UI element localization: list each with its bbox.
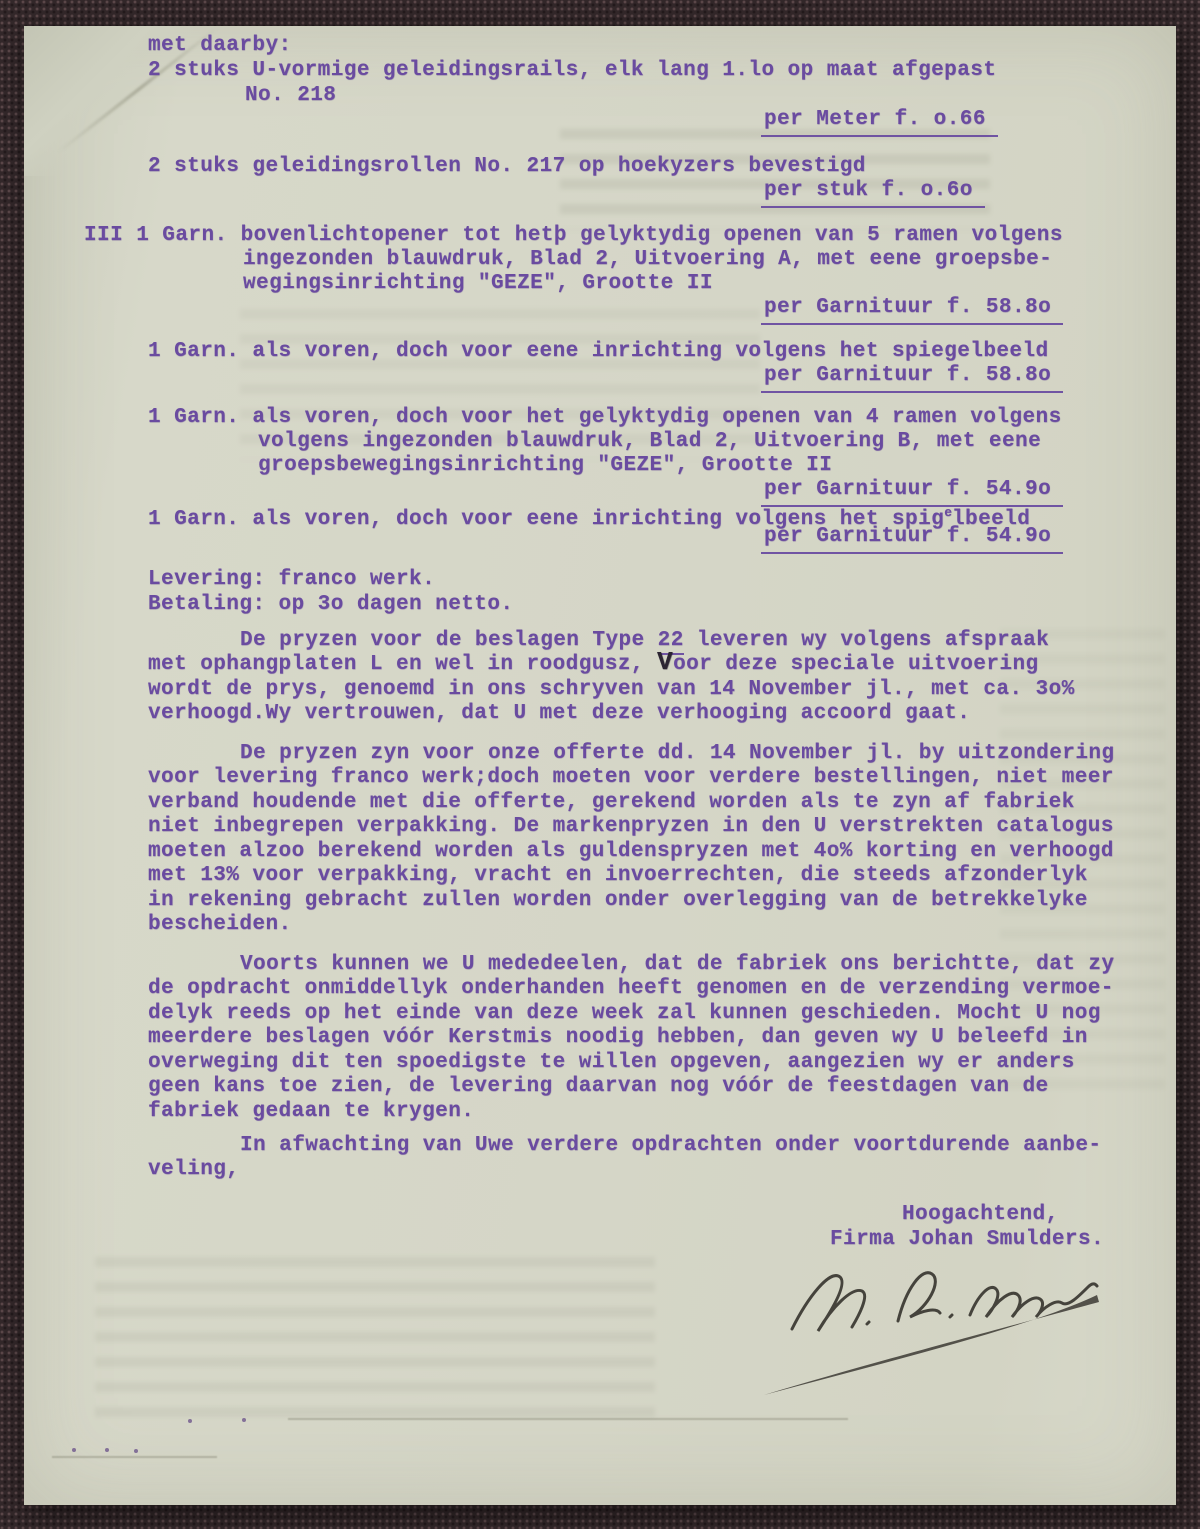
typed-line: No. 218 xyxy=(245,83,336,108)
typed-line: meerdere beslagen vóór Kerstmis noodig h… xyxy=(148,1025,1088,1050)
ink-speck xyxy=(242,1418,246,1422)
typed-line: voor levering franco werk;doch moeten vo… xyxy=(148,765,1114,790)
typed-line: overweging dit ten spoedigste te willen … xyxy=(148,1050,1075,1075)
price-line: per Garnituur f. 58.8o xyxy=(764,295,1063,325)
typed-line: in rekening gebracht zullen worden onder… xyxy=(148,888,1088,913)
typed-line: wegingsinrichting "GEZE", Grootte II xyxy=(243,271,713,296)
typed-line: verband houdende met die offerte, gereke… xyxy=(148,790,1075,815)
typed-line: de opdracht onmiddellyk onderhanden heef… xyxy=(148,976,1114,1001)
typed-line: 2 stuks geleidingsrollen No. 217 op hoek… xyxy=(148,154,866,179)
signature-ink-strokes xyxy=(730,1255,1160,1410)
typed-line: veling, xyxy=(148,1157,239,1182)
typed-line: In afwachting van Uwe verdere opdrachten… xyxy=(240,1133,1101,1158)
signoff-salutation: Hoogachtend, xyxy=(902,1202,1059,1227)
typed-line: Betaling: op 3o dagen netto. xyxy=(148,592,513,617)
typed-line: verhoogd.Wy vertrouwen, dat U met deze v… xyxy=(148,701,970,726)
typed-line: 1 Garn. als voren, doch voor het gelykty… xyxy=(148,405,1062,430)
typed-line: met ophangplaten L en wel in roodgusz, V… xyxy=(148,652,1039,677)
handwritten-signature xyxy=(730,1255,1160,1415)
typed-line: groepsbewegingsinrichting "GEZE", Groott… xyxy=(258,453,832,478)
typed-line: fabriek gedaan te krygen. xyxy=(148,1099,474,1124)
typed-line: De pryzen zyn voor onze offerte dd. 14 N… xyxy=(240,741,1115,766)
typed-line: wordt de prys, genoemd in ons schryven v… xyxy=(148,677,1075,702)
price-line: per stuk f. o.6o xyxy=(764,178,985,208)
ink-speck xyxy=(105,1448,109,1452)
price-line: per Garnituur f. 54.9o xyxy=(764,524,1063,554)
typed-line: moeten alzoo berekend worden als guldens… xyxy=(148,839,1114,864)
typed-line: met 13% voor verpakking, vracht en invoe… xyxy=(148,863,1088,888)
typed-line: met daarby: xyxy=(148,33,292,58)
ink-speck xyxy=(134,1449,138,1453)
typed-line: 1 Garn. als voren, doch voor eene inrich… xyxy=(148,339,1049,364)
typed-line: Voorts kunnen we U mededeelen, dat de fa… xyxy=(240,952,1115,977)
typed-line: Levering: franco werk. xyxy=(148,567,435,592)
typed-line-section-iii: III 1 Garn. bovenlichtopener tot hetþ ge… xyxy=(84,223,1063,248)
typed-line: delyk reeds op het einde van deze week z… xyxy=(148,1001,1101,1026)
signoff-company: Firma Johan Smulders. xyxy=(830,1227,1104,1252)
typed-line: niet inbegrepen verpakking. De markenpry… xyxy=(148,814,1114,839)
superscript-correction: e xyxy=(944,505,952,520)
bleed-through-line xyxy=(288,1418,848,1420)
typed-line: ingezonden blauwdruk, Blad 2, Uitvoering… xyxy=(243,247,1052,272)
typed-line: volgens ingezonden blauwdruk, Blad 2, Ui… xyxy=(258,429,1041,454)
ink-speck xyxy=(188,1419,192,1423)
typed-line: De pryzen voor de beslagen Type 22 lever… xyxy=(240,628,1049,653)
handwritten-capital-v: V xyxy=(657,647,673,677)
typed-line: geen kans toe zien, de levering daarvan … xyxy=(148,1074,1049,1099)
typed-line: bescheiden. xyxy=(148,912,292,937)
scanned-letter-photo: { "colors":{"ink":"#6a4ba0","ink_dark":"… xyxy=(0,0,1200,1529)
price-line: per Meter f. o.66 xyxy=(764,107,998,137)
bleed-through-line xyxy=(52,1456,217,1458)
ink-speck xyxy=(72,1448,76,1452)
typed-line: 2 stuks U-vormige geleidingsrails, elk l… xyxy=(148,58,996,83)
price-line: per Garnituur f. 58.8o xyxy=(764,363,1063,393)
